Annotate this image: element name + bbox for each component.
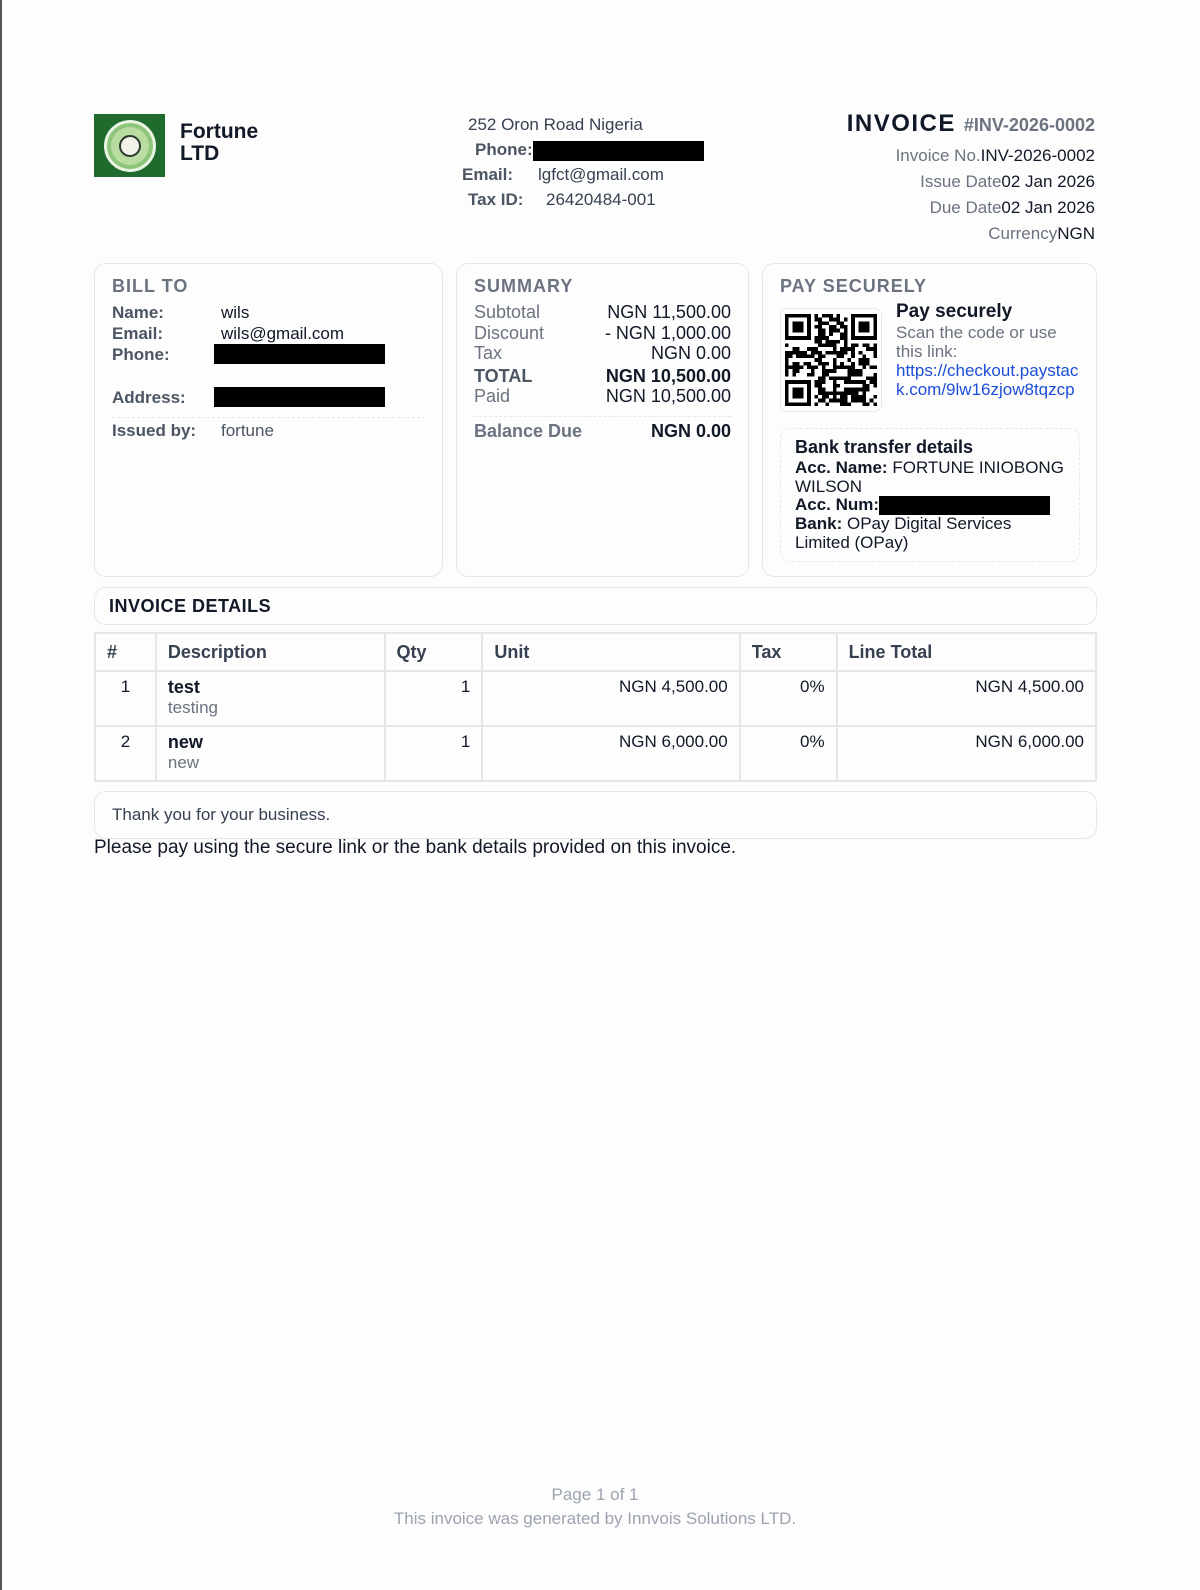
label: TOTAL (474, 366, 532, 387)
value: - NGN 1,000.00 (605, 323, 731, 344)
line-items-table: # Description Qty Unit Tax Line Total 1 … (94, 632, 1097, 782)
page-number: Page 1 of 1 (2, 1485, 1188, 1505)
row-unit: NGN 6,000.00 (482, 726, 739, 781)
bill-to-title: BILL TO (112, 276, 188, 297)
value: fortune (221, 421, 274, 441)
invoice-title: INVOICE (847, 110, 956, 137)
pay-heading: Pay securely (896, 301, 1086, 323)
company-phone: Phone: (442, 137, 742, 162)
value: NGN 0.00 (651, 418, 731, 444)
company-tax-value: 26420484-001 (546, 190, 656, 209)
col-index: # (95, 633, 156, 671)
bank-account-number: Acc. Num: (795, 496, 1065, 515)
meta-label: Invoice No. (896, 146, 981, 165)
value: NGN 10,500.00 (606, 386, 731, 407)
bank-transfer-details: Bank transfer details Acc. Name: FORTUNE… (780, 428, 1080, 562)
bank-account-name: Acc. Name: FORTUNE INIOBONG WILSON (795, 459, 1065, 496)
company-email-label: Email: (462, 162, 538, 187)
bill-to-address: Address: (112, 387, 385, 408)
company-tax-label: Tax ID: (468, 187, 546, 212)
label: Subtotal (474, 302, 540, 323)
row-index: 2 (95, 726, 156, 781)
redacted-phone (533, 141, 704, 161)
value: NGN 0.00 (651, 343, 731, 364)
summary-rows: SubtotalNGN 11,500.00 Discount- NGN 1,00… (474, 302, 731, 407)
issued-by: Issued by:fortune (112, 421, 274, 441)
label: Address: (112, 387, 221, 408)
label: Phone: (112, 344, 221, 365)
invoice-meta-issue-date: Issue Date02 Jan 2026 (896, 169, 1095, 195)
summary-total: TOTALNGN 10,500.00 (474, 366, 731, 387)
meta-value: 02 Jan 2026 (1001, 198, 1095, 217)
item-description: new (168, 752, 373, 773)
label: Email: (112, 323, 221, 344)
bank-name: Bank: OPay Digital Services Limited (OPa… (795, 515, 1065, 552)
summary-tax: TaxNGN 0.00 (474, 343, 731, 364)
company-name-line2: LTD (180, 143, 258, 165)
bill-to-details: Name:wils Email:wils@gmail.com Phone: Ad… (112, 302, 385, 408)
label: Tax (474, 343, 502, 364)
row-description: new new (156, 726, 385, 781)
table-row: 1 test testing 1 NGN 4,500.00 0% NGN 4,5… (95, 671, 1096, 726)
company-email-value: lgfct@gmail.com (538, 165, 664, 184)
qr-code-graphic (785, 314, 877, 406)
summary-card: SUMMARY SubtotalNGN 11,500.00 Discount- … (456, 263, 749, 577)
summary-title: SUMMARY (474, 276, 573, 297)
company-tax-id: Tax ID:26420484-001 (442, 187, 742, 212)
thank-you-text: Thank you for your business. (112, 805, 330, 825)
meta-value: INV-2026-0002 (981, 146, 1095, 165)
item-name: new (168, 732, 373, 752)
invoice-details-header: INVOICE DETAILS (94, 587, 1097, 625)
bill-to-name: Name:wils (112, 302, 385, 323)
table-header-row: # Description Qty Unit Tax Line Total (95, 633, 1096, 671)
value: NGN 10,500.00 (606, 366, 731, 387)
company-email: Email:lgfct@gmail.com (442, 162, 742, 187)
redacted-account-number (879, 496, 1050, 515)
qr-code-icon[interactable] (780, 308, 882, 412)
divider (474, 416, 731, 417)
company-logo (94, 114, 165, 177)
company-name-line1: Fortune (180, 121, 258, 143)
label: Bank: (795, 514, 842, 533)
generated-by: This invoice was generated by Innvois So… (2, 1509, 1188, 1529)
col-qty: Qty (385, 633, 483, 671)
label: Discount (474, 323, 544, 344)
invoice-number-tag: #INV-2026-0002 (964, 115, 1095, 135)
label: Issued by: (112, 421, 221, 441)
local-government-seal-icon (104, 120, 156, 172)
row-unit: NGN 4,500.00 (482, 671, 739, 726)
row-line-total: NGN 6,000.00 (837, 726, 1096, 781)
company-name: Fortune LTD (180, 121, 258, 165)
label: Acc. Num: (795, 495, 879, 514)
thank-you-box: Thank you for your business. (94, 791, 1097, 839)
company-address: 252 Oron Road Nigeria (442, 112, 742, 137)
value: wils@gmail.com (221, 323, 344, 344)
payment-link[interactable]: https://checkout.paystack.com/9lw16zjow8… (896, 361, 1086, 399)
invoice-meta-number: Invoice No.INV-2026-0002 (896, 143, 1095, 169)
invoice-meta-due-date: Due Date02 Jan 2026 (896, 195, 1095, 221)
meta-value: NGN (1057, 224, 1095, 243)
bill-to-card: BILL TO Name:wils Email:wils@gmail.com P… (94, 263, 443, 577)
summary-subtotal: SubtotalNGN 11,500.00 (474, 302, 731, 323)
row-qty: 1 (385, 671, 483, 726)
item-name: test (168, 677, 373, 697)
label: Balance Due (474, 418, 582, 444)
meta-value: 02 Jan 2026 (1001, 172, 1095, 191)
col-line-total: Line Total (837, 633, 1096, 671)
col-description: Description (156, 633, 385, 671)
redacted-address (214, 387, 385, 407)
item-description: testing (168, 697, 373, 718)
invoice-details-title: INVOICE DETAILS (109, 596, 271, 617)
redacted-phone (214, 344, 385, 364)
balance-due: Balance DueNGN 0.00 (474, 418, 731, 444)
meta-label: Issue Date (920, 172, 1001, 191)
company-phone-label: Phone: (475, 140, 533, 159)
pay-securely-card: PAY SECURELY Pay securely Scan the code … (762, 263, 1097, 577)
value: NGN 11,500.00 (607, 302, 731, 323)
row-tax: 0% (740, 671, 837, 726)
company-info: 252 Oron Road Nigeria Phone: Email:lgfct… (442, 112, 742, 212)
bill-to-email: Email:wils@gmail.com (112, 323, 385, 344)
coat-of-arms-icon (119, 135, 141, 157)
row-line-total: NGN 4,500.00 (837, 671, 1096, 726)
label: Acc. Name: (795, 458, 888, 477)
payment-note: Please pay using the secure link or the … (94, 837, 736, 859)
col-tax: Tax (740, 633, 837, 671)
value: wils (221, 302, 249, 323)
pay-instructions: Pay securely Scan the code or use this l… (896, 301, 1086, 399)
meta-label: Due Date (930, 198, 1002, 217)
invoice-meta-currency: CurrencyNGN (896, 221, 1095, 247)
invoice-title-block: INVOICE#INV-2026-0002 (847, 110, 1095, 138)
divider (112, 417, 425, 418)
invoice-meta: Invoice No.INV-2026-0002 Issue Date02 Ja… (896, 143, 1095, 247)
summary-discount: Discount- NGN 1,000.00 (474, 323, 731, 344)
meta-label: Currency (988, 224, 1057, 243)
label: Name: (112, 302, 221, 323)
row-qty: 1 (385, 726, 483, 781)
pay-securely-title: PAY SECURELY (780, 276, 927, 297)
row-description: test testing (156, 671, 385, 726)
table-row: 2 new new 1 NGN 6,000.00 0% NGN 6,000.00 (95, 726, 1096, 781)
col-unit: Unit (482, 633, 739, 671)
pay-instructions-text: Scan the code or use this link: (896, 323, 1086, 361)
row-tax: 0% (740, 726, 837, 781)
bill-to-phone: Phone: (112, 344, 385, 365)
summary-paid: PaidNGN 10,500.00 (474, 386, 731, 407)
bank-heading: Bank transfer details (795, 436, 1065, 458)
row-index: 1 (95, 671, 156, 726)
label: Paid (474, 386, 510, 407)
